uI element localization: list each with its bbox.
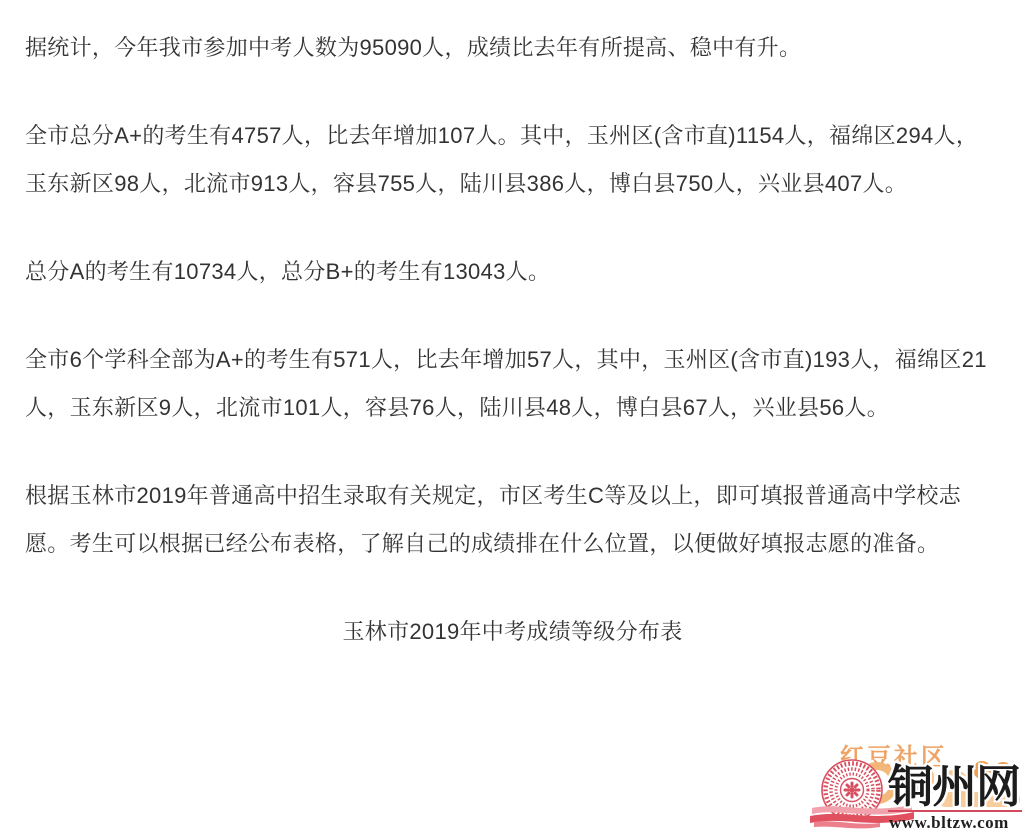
- site-url: www.bltzw.com: [889, 813, 1009, 831]
- hongdou-community-label: 红豆社区: [840, 737, 948, 772]
- red-divider-line: [888, 810, 1022, 812]
- ring-decoration: [856, 762, 898, 804]
- dot-decoration: [973, 761, 991, 779]
- ring-decoration: [938, 770, 970, 802]
- paragraph-admission-rules: 根据玉林市2019年普通高中招生录取有关规定，市区考生C等及以上，即可填报普通高…: [25, 472, 1000, 568]
- square-decoration: [904, 768, 934, 796]
- table-title: 玉林市2019年中考成绩等级分布表: [25, 608, 1000, 656]
- band-decoration: [938, 792, 1020, 807]
- ribbon-icon: [810, 802, 914, 831]
- paragraph-exam-total: 据统计，今年我市参加中考人数为95090人，成绩比去年有所提高、稳中有升。: [25, 24, 1000, 72]
- watermark-overlay: 红豆社区 铜州网 www.bltzw.com: [810, 728, 1024, 831]
- seal-icon: [820, 758, 884, 822]
- paragraph-a-bplus-counts: 总分A的考生有10734人，总分B+的考生有13043人。: [25, 248, 1000, 296]
- page: { "page": { "background": "#ffffff", "te…: [0, 0, 1024, 831]
- paragraph-six-subjects: 全市6个学科全部为A+的考生有571人，比去年增加57人，其中，玉州区(含市直)…: [25, 336, 1000, 432]
- dot-decoration: [994, 762, 1012, 780]
- hongdou-logo-decoration: [810, 728, 1024, 831]
- paragraph-a-plus-total: 全市总分A+的考生有4757人，比去年增加107人。其中，玉州区(含市直)115…: [25, 112, 1000, 208]
- article-body: 据统计，今年我市参加中考人数为95090人，成绩比去年有所提高、稳中有升。 全市…: [0, 0, 1024, 656]
- site-name: 铜州网: [888, 764, 1020, 809]
